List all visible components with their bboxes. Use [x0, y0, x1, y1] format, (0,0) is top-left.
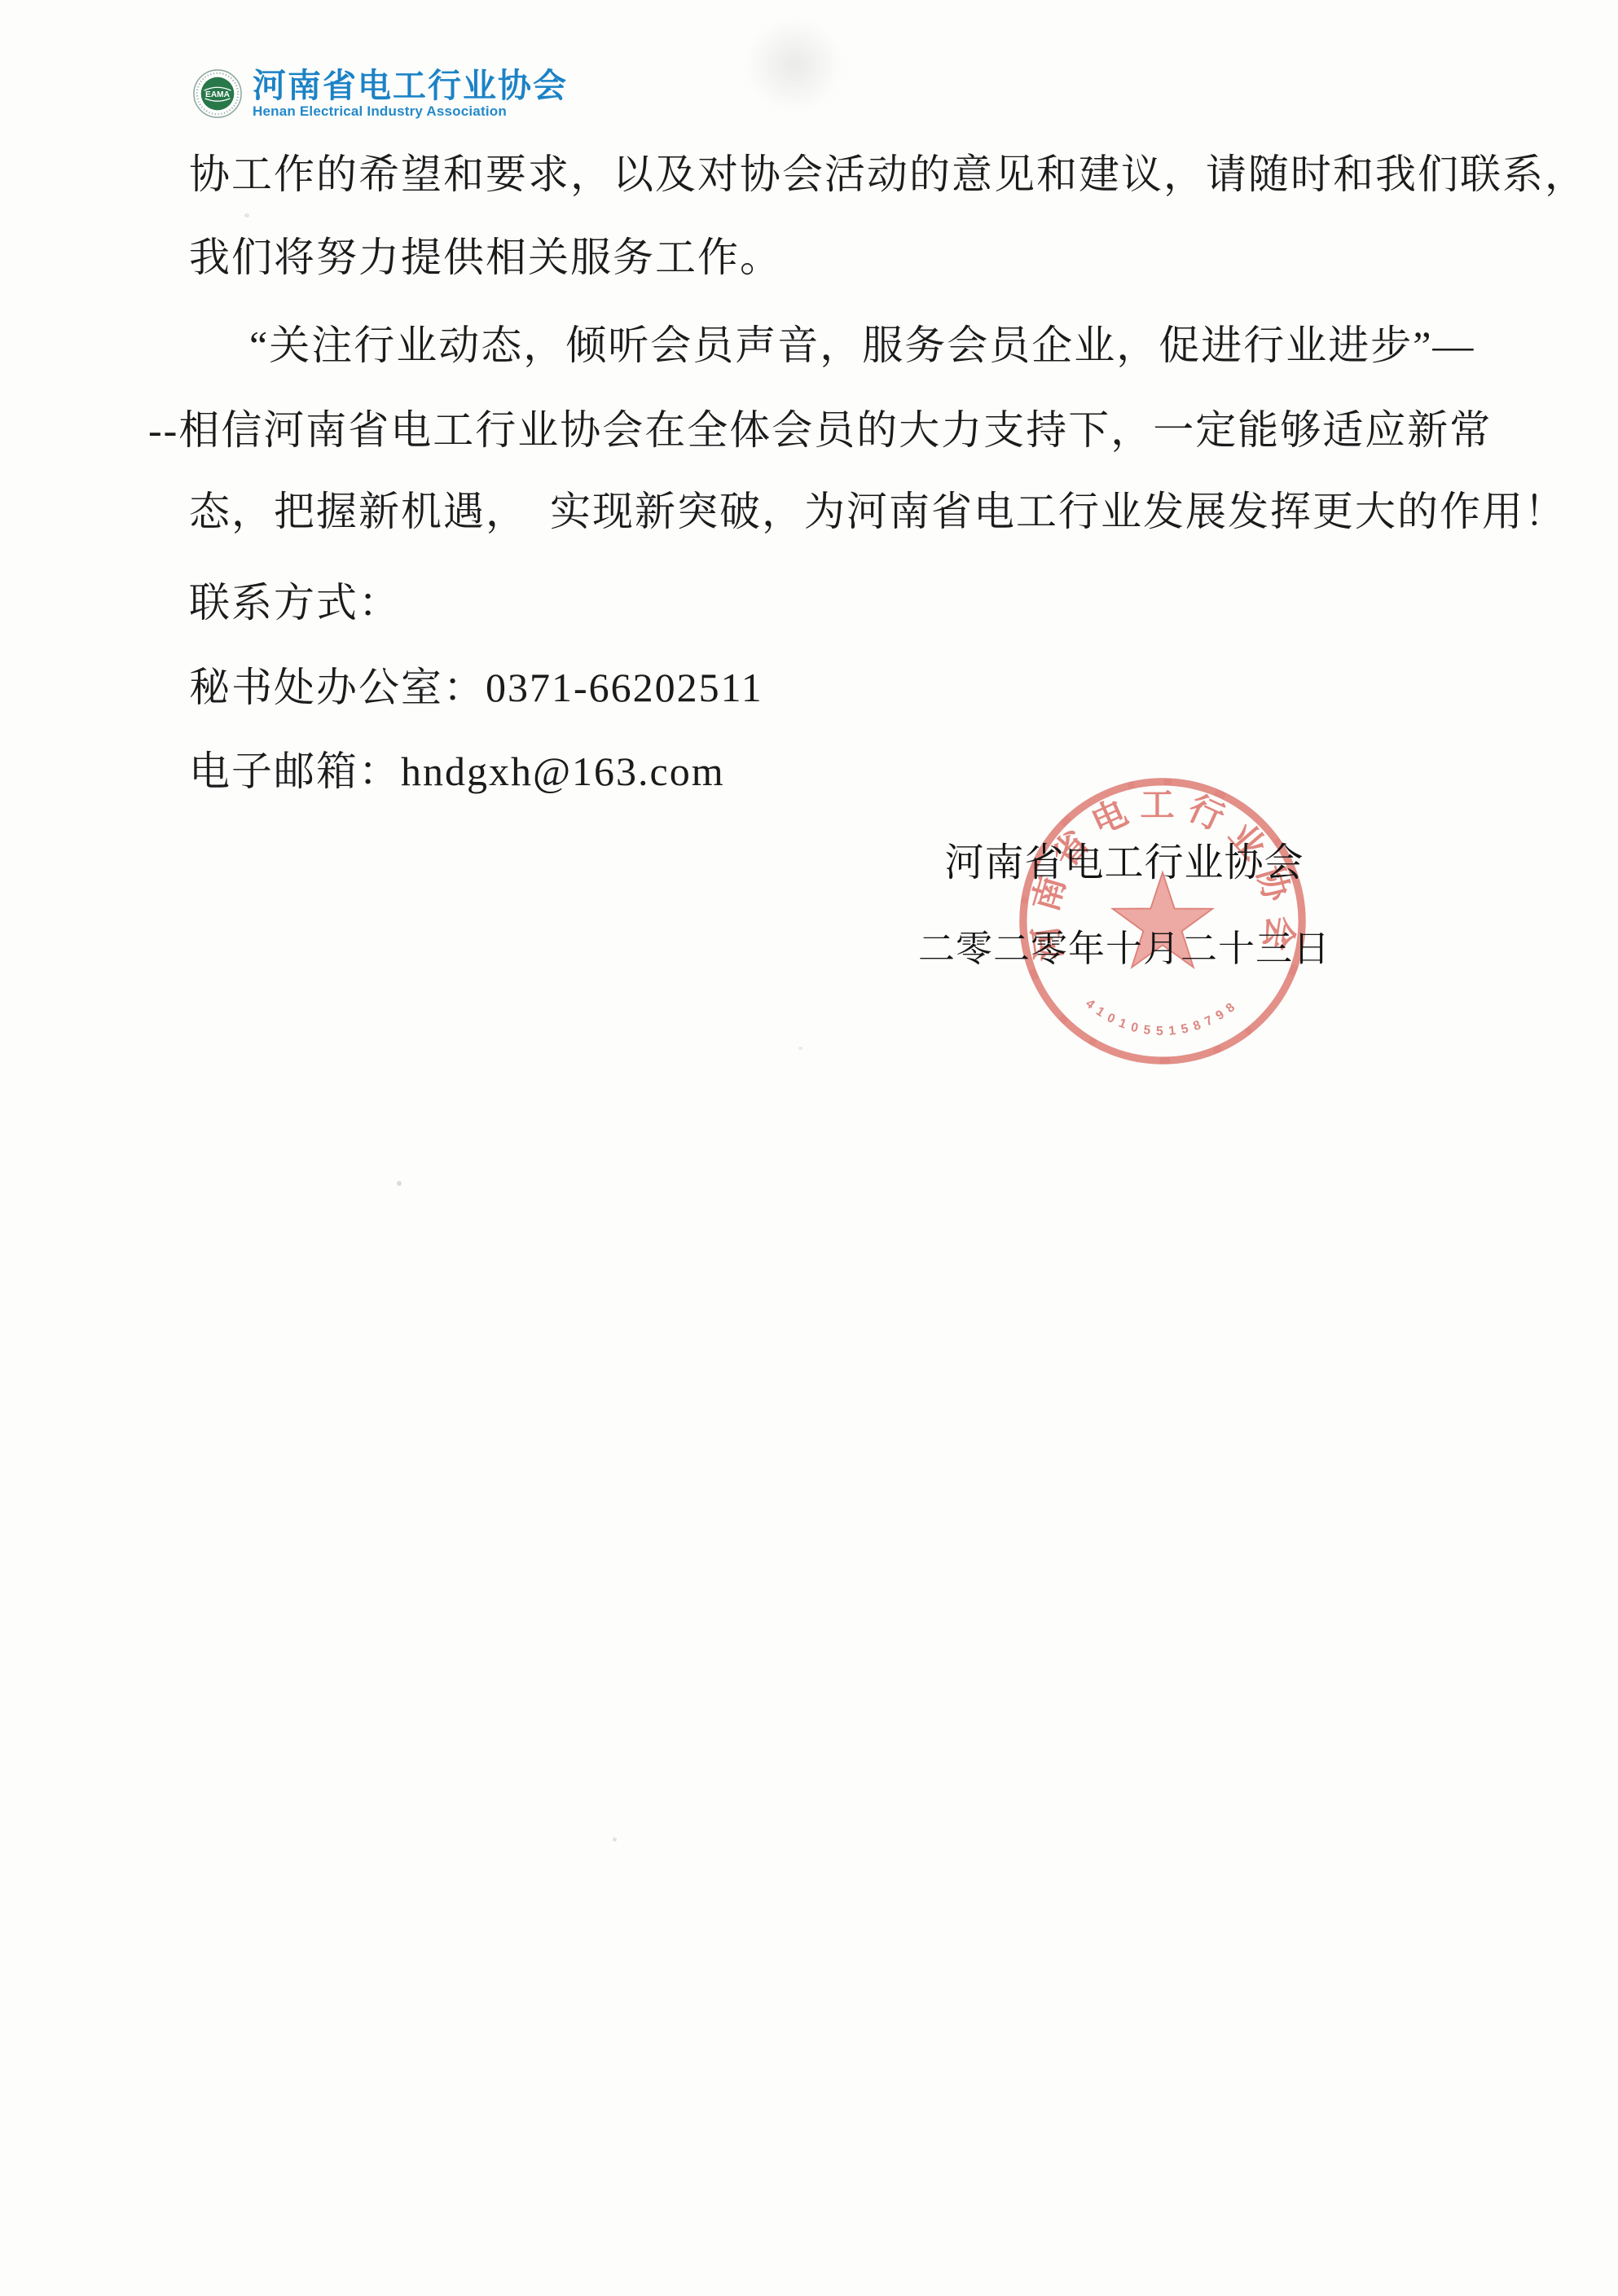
body-line: 联系方式：: [189, 580, 401, 626]
body-line: 秘书处办公室：0371-66202511: [189, 665, 763, 710]
body-line: 电子邮箱：hndgxh@163.com: [189, 749, 725, 794]
signature-date: 二零二零年十月二十三日: [864, 919, 1385, 972]
logo-text: 河南省电工行业协会 Henan Electrical Industry Asso…: [253, 68, 568, 120]
scan-smudge: [745, 18, 843, 112]
body-line: 我们将努力提供相关服务工作。: [189, 235, 782, 280]
signature-organization: 河南省电工行业协会: [864, 831, 1385, 887]
body-line: 态，把握新机遇， 实现新突破，为河南省电工行业发展发挥更大的作用！: [189, 489, 1567, 534]
eama-emblem-icon: EAMA: [192, 68, 243, 119]
seal-serial-number: 4101055158798: [1083, 997, 1242, 1038]
scan-speck: [244, 213, 249, 217]
emblem-label: EAMA: [205, 90, 231, 99]
association-logo: EAMA 河南省电工行业协会 Henan Electrical Industry…: [192, 68, 568, 120]
logo-title-en: Henan Electrical Industry Association: [253, 103, 568, 120]
document-page: EAMA 河南省电工行业协会 Henan Electrical Industry…: [0, 0, 1618, 2296]
svg-text:4101055158798: 4101055158798: [1083, 997, 1242, 1038]
body-line: --相信河南省电工行业协会在全体会员的大力支持下，一定能够适应新常: [148, 407, 1492, 453]
scan-speck: [613, 1837, 617, 1842]
scan-speck: [397, 1181, 402, 1186]
body-line: “关注行业动态，倾听会员声音，服务会员企业，促进行业进步”—: [249, 323, 1475, 368]
body-line: 协工作的希望和要求，以及对协会活动的意见和建议，请随时和我们联系，: [189, 151, 1587, 197]
logo-title-cn: 河南省电工行业协会: [253, 68, 568, 103]
scan-speck: [798, 1047, 802, 1050]
